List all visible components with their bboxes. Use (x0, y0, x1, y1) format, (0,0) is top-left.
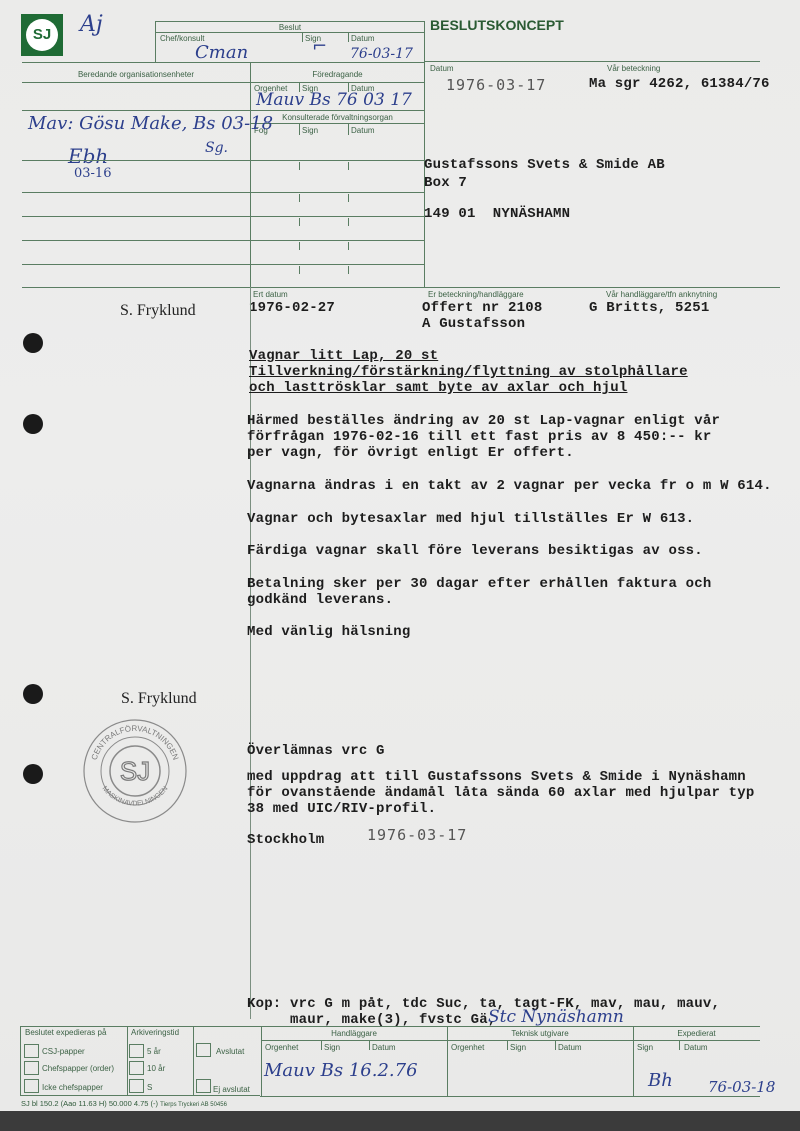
sign-label: Sign (510, 1043, 526, 1052)
var-beteckning-value: Ma sgr 4262, 61384/76 (589, 76, 770, 92)
body-p1-l3: per vagn, för övrigt enligt Er offert. (247, 445, 574, 461)
transfer-line-4: 38 med UIC/RIV-profil. (247, 801, 436, 817)
datum-label: Datum (430, 64, 454, 73)
svg-text:SJ: SJ (120, 756, 150, 786)
checkbox-label: Ej avslutat (213, 1085, 250, 1094)
teknisk-utgivare-header: Teknisk utgivare (447, 1029, 633, 1038)
beredande-entry-1: Mav: Gösu Make, Bs 03-18 (28, 113, 273, 134)
datum-stamp: 1976-03-17 (446, 76, 546, 94)
tick (299, 218, 300, 226)
var-beteckning-label: Vår beteckning (607, 64, 660, 73)
transfer-place: Stockholm (247, 832, 324, 848)
orgenhet-label: Orgenhet (451, 1043, 484, 1052)
recipient-postal: 149 01 NYNÄSHAMN (424, 206, 570, 222)
foredragande-value: Mauv Bs 76 03 17 (256, 90, 412, 110)
grid-line (348, 123, 349, 135)
checkbox-label: Icke chefspapper (42, 1083, 103, 1092)
datum-label: Datum (372, 1043, 396, 1052)
beredande-header: Beredande organisationsenheter (22, 70, 250, 79)
tick (348, 194, 349, 202)
er-beteckning-label: Er beteckning/handläggare (428, 290, 524, 299)
expedieras-header: Beslutet expedieras på (25, 1028, 106, 1037)
sj-seal-stamp: CENTRALFÖRVALTNINGEN MASKINAVDELNINGEN S… (82, 718, 188, 824)
grid-line (261, 1040, 760, 1041)
checkbox-avslutat[interactable] (196, 1043, 211, 1057)
grid-line (22, 82, 425, 83)
margin-line (250, 287, 251, 1019)
body-p3: Vagnar och bytesaxlar med hjul tillställ… (247, 511, 694, 527)
checkbox-csj-papper[interactable] (24, 1044, 39, 1058)
signer-name-2: S. Fryklund (121, 690, 197, 708)
beslut-header: Beslut (155, 23, 425, 32)
checkbox-label: Avslutat (216, 1047, 244, 1056)
beslut-sign-value: ⌐ (312, 36, 327, 57)
tick (348, 242, 349, 250)
subject-line-3: och lasttrösklar samt byte av axlar och … (249, 380, 627, 396)
grid-line (22, 264, 425, 265)
datum-label: Datum (351, 126, 375, 135)
var-handlaggare-value: G Britts, 5251 (589, 300, 709, 316)
grid-line (250, 123, 425, 124)
recipient-name: Gustafssons Svets & Smide AB (424, 157, 665, 173)
tick (348, 162, 349, 170)
grid-line (22, 160, 425, 161)
grid-line (22, 192, 425, 193)
grid-line (127, 1026, 128, 1096)
scan-background (0, 1111, 800, 1131)
sign-label: Sign (637, 1043, 653, 1052)
grid-line (155, 32, 425, 33)
grid-line (302, 32, 303, 42)
grid-line (348, 32, 349, 42)
grid-line (250, 62, 251, 288)
grid-line (369, 1040, 370, 1050)
beredande-entry-2-date: 03-16 (74, 166, 111, 181)
recipient-box: Box 7 (424, 175, 467, 191)
grid-line (22, 287, 780, 288)
checkbox-label: S (147, 1083, 152, 1092)
body-p1-l2: förfrågan 1976-02-16 till ett fast pris … (247, 429, 711, 445)
checkbox-icke-chefspapper[interactable] (24, 1079, 39, 1093)
checkbox-5-ar[interactable] (129, 1044, 144, 1058)
ert-datum-value: 1976-02-27 (249, 300, 335, 316)
printer-line: SJ bl 150.2 (Aao 11.63 H) 50.000 4.75 (-… (21, 1099, 227, 1108)
beredande-entry-2: Ebh (68, 144, 108, 168)
checkbox-label: 5 år (147, 1047, 161, 1056)
checkbox-label: Chefspapper (order) (42, 1064, 114, 1073)
handwritten-initials: Aj (80, 12, 103, 37)
arkivering-header: Arkiveringstid (131, 1028, 179, 1037)
expedierat-header: Expedierat (633, 1029, 760, 1038)
body-p1-l1: Härmed beställes ändring av 20 st Lap-va… (247, 413, 720, 429)
transfer-line-3: för ovanstående ändamål låta sända 60 ax… (247, 785, 754, 801)
transfer-line-1: Överlämnas vrc G (247, 743, 385, 759)
grid-line (299, 123, 300, 135)
form-title: BESLUTSKONCEPT (430, 17, 564, 33)
datum-label: Datum (351, 34, 375, 43)
grid-line (22, 216, 425, 217)
datum-label: Datum (684, 1043, 708, 1052)
tick (299, 162, 300, 170)
sign-label: Sign (324, 1043, 340, 1052)
punch-hole (23, 764, 43, 784)
grid-line (20, 1026, 21, 1096)
expedierat-datum: 76-03-18 (708, 1078, 775, 1096)
expedierat-sign: Bh (648, 1070, 673, 1091)
grid-line (321, 1040, 322, 1050)
datum-label: Datum (558, 1043, 582, 1052)
transfer-line-2: med uppdrag att till Gustafssons Svets &… (247, 769, 746, 785)
punch-hole (23, 333, 43, 353)
grid-line (555, 1040, 556, 1050)
grid-line (22, 240, 425, 241)
form-number: SJ bl 150.2 (Aao 11.63 H) 50.000 4.75 (-… (21, 1099, 158, 1108)
checkbox-chefspapper[interactable] (24, 1061, 39, 1075)
sign-label: Sign (302, 126, 318, 135)
checkbox-label: 10 år (147, 1064, 165, 1073)
er-beteckning-value-2: A Gustafsson (422, 316, 525, 332)
tick (299, 242, 300, 250)
tick (299, 194, 300, 202)
grid-line (679, 1040, 680, 1050)
printer-name: Tierps Tryckeri AB 50456 (160, 1102, 227, 1108)
grid-line (20, 1095, 260, 1096)
body-p5-l1: Betalning sker per 30 dagar efter erhåll… (247, 576, 711, 592)
document-page: SJ Aj Beslut Chef/konsult Sign Datum Cma… (0, 0, 800, 1111)
grid-line (507, 1040, 508, 1050)
tick (348, 266, 349, 274)
var-handlaggare-label: Vår handläggare/tfn anknytning (606, 290, 717, 299)
grid-line (20, 1026, 760, 1027)
konsulterade-header: Konsulterade förvaltningsorgan (250, 113, 425, 122)
body-p4: Färdiga vagnar skall före leverans besik… (247, 543, 703, 559)
checkbox-s[interactable] (129, 1079, 144, 1093)
orgenhet-label: Orgenhet (265, 1043, 298, 1052)
grid-line (22, 62, 425, 63)
handlaggare-header: Handläggare (261, 1029, 447, 1038)
punch-hole (23, 414, 43, 434)
grid-line (155, 21, 425, 22)
copies-handwritten-addition: Stc Nynäshamn (488, 1007, 624, 1027)
ert-datum-label: Ert datum (253, 290, 288, 299)
er-beteckning-value-1: Offert nr 2108 (422, 300, 542, 316)
body-p5-l2: godkänd leverans. (247, 592, 393, 608)
copies-line-1: Kop: vrc G m påt, tdc Suc, ta, tagt-FK, … (247, 996, 720, 1012)
grid-line (22, 110, 425, 111)
grid-line (424, 61, 760, 62)
grid-line (193, 1026, 194, 1096)
checkbox-ej-avslutat[interactable] (196, 1079, 211, 1093)
tick (348, 218, 349, 226)
foredragande-header: Föredragande (250, 70, 425, 79)
subject-line-1: Vagnar litt Lap, 20 st (249, 348, 438, 364)
checkbox-label: CSJ-papper (42, 1047, 85, 1056)
transfer-date-stamp: 1976-03-17 (367, 826, 467, 844)
sj-logo: SJ (21, 14, 63, 56)
checkbox-10-ar[interactable] (129, 1061, 144, 1075)
tick (299, 266, 300, 274)
subject-line-2: Tillverkning/förstärkning/flyttning av s… (249, 364, 688, 380)
grid-line (260, 1096, 760, 1097)
punch-hole (23, 684, 43, 704)
signer-name: S. Fryklund (120, 302, 196, 320)
chef-konsult-value: Cman (195, 42, 248, 63)
beslut-datum-value: 76-03-17 (350, 46, 413, 62)
handlaggare-entry: Mauv Bs 16.2.76 (264, 1060, 418, 1081)
sj-logo-text: SJ (26, 19, 58, 51)
beredande-initials: Sg. (205, 140, 228, 156)
body-p2: Vagnarna ändras i en takt av 2 vagnar pe… (247, 478, 772, 494)
closing: Med vänlig hälsning (247, 624, 410, 640)
